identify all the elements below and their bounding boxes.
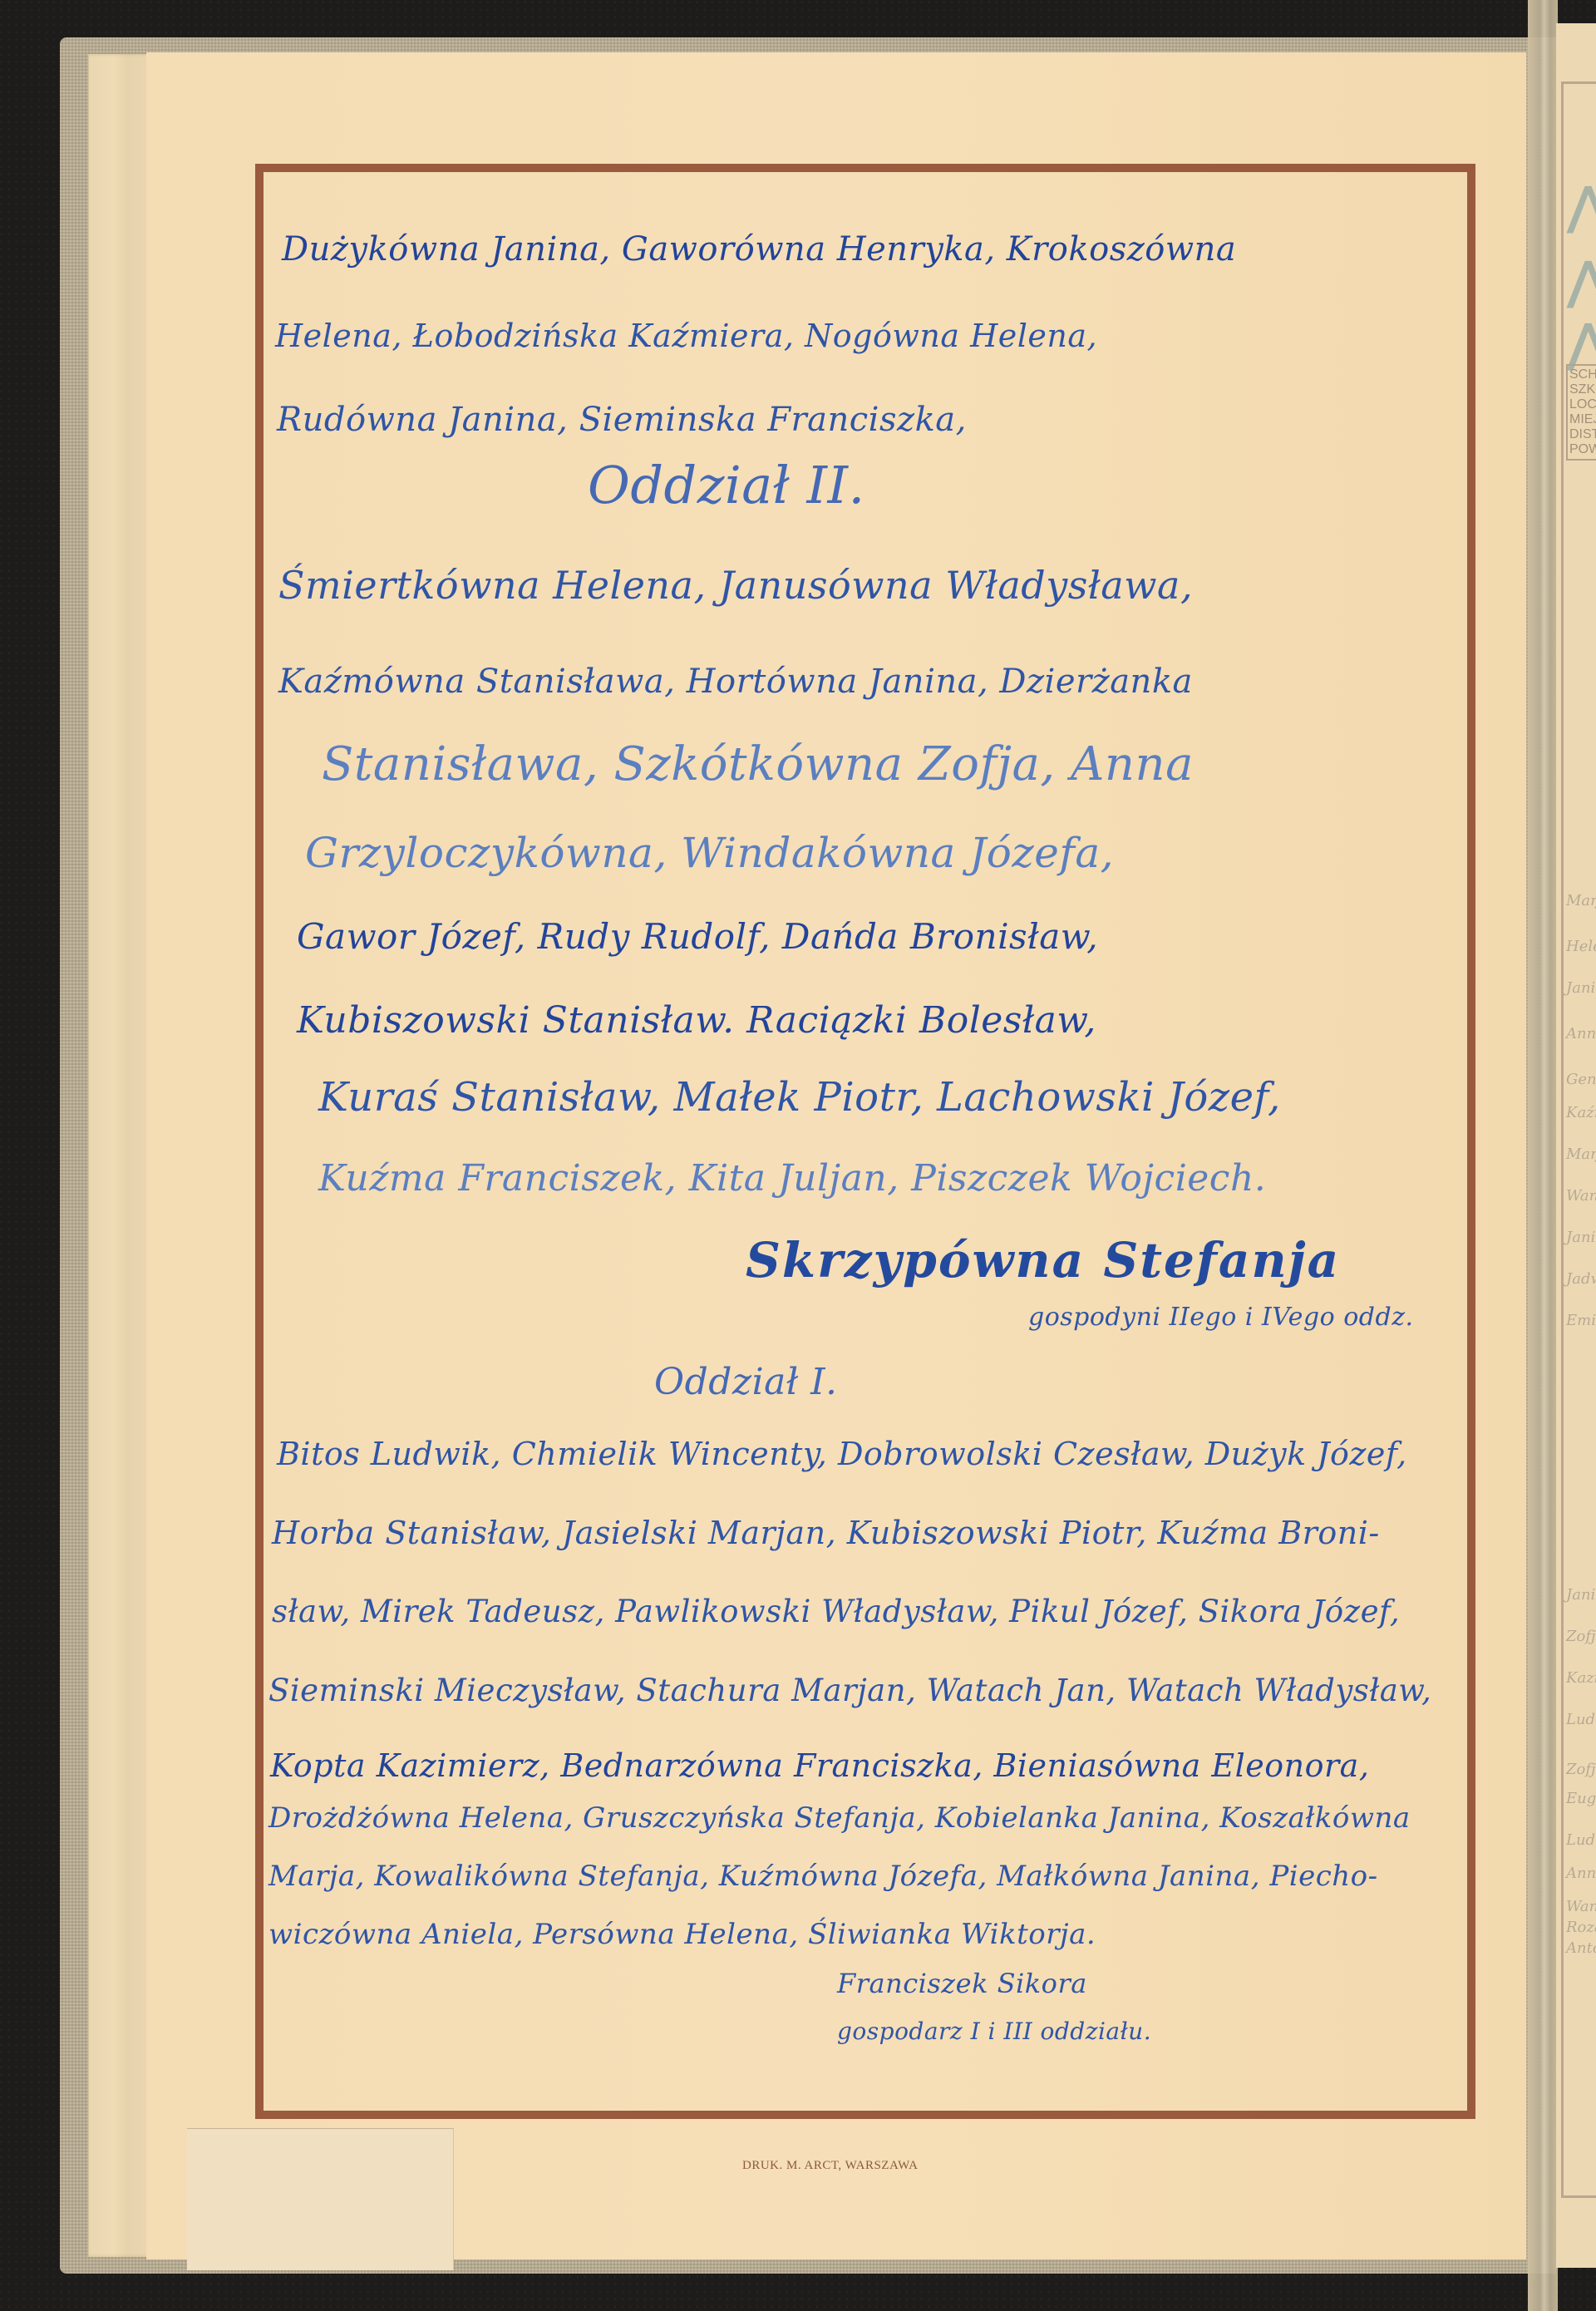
section-ii-heading: Oddział II. bbox=[588, 455, 865, 515]
text-line-1: Dużykówna Janina, Gaworówna Henryka, Kro… bbox=[282, 230, 1236, 269]
faint-name: Janina bbox=[1566, 1229, 1596, 1246]
section-i-line: wiczówna Aniela, Persówna Helena, Śliwia… bbox=[268, 1918, 1096, 1951]
faint-name: Anna bbox=[1566, 1025, 1596, 1042]
page-stack-edges bbox=[88, 54, 152, 2257]
text-line-2: Helena, Łobodzińska Kaźmiera, Nogówna He… bbox=[275, 318, 1097, 354]
faint-name: Ludmiła bbox=[1566, 1831, 1596, 1849]
decorative-border-frame: Dużykówna Janina, Gaworówna Henryka, Kro… bbox=[255, 164, 1475, 2119]
faint-name: Wanda bbox=[1566, 1898, 1596, 1915]
faint-name: Marja bbox=[1566, 1146, 1596, 1163]
faint-name: Helena bbox=[1566, 938, 1596, 955]
faint-name: Eugenja bbox=[1566, 1790, 1596, 1807]
label-text: LOCAL bbox=[1569, 397, 1596, 412]
section-ii-line: Śmiertkówna Helena, Janusówna Władysława… bbox=[278, 563, 1193, 608]
printer-imprint: DRUK. M. ARCT, WARSZAWA bbox=[742, 2159, 918, 2173]
paper-label-patch bbox=[187, 2128, 454, 2270]
adjacent-page-labels: SCHOOL SZKOŁA LOCAL MIEJSC DISTR POWIA bbox=[1566, 364, 1596, 461]
label-text: MIEJSC bbox=[1569, 412, 1596, 427]
faint-name: Genowefa bbox=[1566, 1071, 1596, 1088]
section-i-line: Drożdżówna Helena, Gruszczyńska Stefanja… bbox=[268, 1801, 1411, 1835]
section-i-line: Bitos Ludwik, Chmielik Wincenty, Dobrowo… bbox=[277, 1436, 1407, 1472]
faint-name: Marja bbox=[1566, 892, 1596, 909]
section-ii-line: Grzyloczykówna, Windakówna Józefa, bbox=[305, 829, 1114, 877]
section-i-heading: Oddział I. bbox=[654, 1361, 838, 1403]
section-ii-line: Stanisława, Szkótkówna Zofja, Anna bbox=[322, 737, 1194, 791]
faint-name: Anna bbox=[1566, 1865, 1596, 1882]
section-ii-signature-name: Skrzypówna Stefanja bbox=[746, 1232, 1340, 1289]
section-i-line: Sieminski Mieczysław, Stachura Marjan, W… bbox=[268, 1673, 1431, 1708]
handwritten-list: Dużykówna Janina, Gaworówna Henryka, Kro… bbox=[264, 172, 1467, 2111]
section-i-line: sław, Mirek Tadeusz, Pawlikowski Władysł… bbox=[272, 1594, 1400, 1629]
faint-name: Antonina bbox=[1566, 1939, 1596, 1957]
adjacent-page-edge: ⋀ ⋀ ⋀ SCHOOL SZKOŁA LOCAL MIEJSC DISTR P… bbox=[1556, 23, 1596, 2268]
decorative-ornament-icon: ⋀ bbox=[1568, 256, 1596, 306]
label-text: SZKOŁA bbox=[1569, 382, 1596, 397]
faint-name: Kaźmira bbox=[1566, 1104, 1596, 1121]
book-gutter bbox=[1528, 0, 1558, 2311]
label-text: POWIA bbox=[1569, 442, 1596, 457]
faint-name: Emilja bbox=[1566, 1312, 1596, 1329]
label-text: SCHOOL bbox=[1569, 367, 1596, 382]
section-ii-line: Gawor Józef, Rudy Rudolf, Dańda Bronisła… bbox=[297, 916, 1098, 957]
decorative-ornament-icon: ⋀ bbox=[1568, 181, 1596, 231]
section-i-line: Marja, Kowalikówna Stefanja, Kuźmówna Jó… bbox=[268, 1860, 1378, 1893]
decorative-ornament-icon: ⋀ bbox=[1568, 318, 1596, 368]
faint-name: Jadwiga bbox=[1566, 1270, 1596, 1288]
section-ii-signature-role: gospodyni IIego i IVego oddz. bbox=[1028, 1303, 1414, 1332]
faint-name: Kazimiera bbox=[1566, 1669, 1596, 1687]
text-line-3: Rudówna Janina, Sieminska Franciszka, bbox=[277, 401, 967, 439]
section-i-signature-role: gospodarz I i III oddziału. bbox=[837, 2018, 1151, 2045]
faint-name: Zofja bbox=[1566, 1761, 1596, 1778]
section-i-line: Horba Stanisław, Jasielski Marjan, Kubis… bbox=[272, 1515, 1380, 1551]
faint-name: Zofja bbox=[1566, 1628, 1596, 1645]
label-text: DISTR bbox=[1569, 427, 1596, 442]
faint-name: Janina bbox=[1566, 1586, 1596, 1604]
section-ii-line: Kuźma Franciszek, Kita Juljan, Piszczek … bbox=[318, 1157, 1266, 1200]
faint-name: Rozalja bbox=[1566, 1919, 1596, 1936]
section-ii-line: Kuraś Stanisław, Małek Piotr, Lachowski … bbox=[318, 1074, 1281, 1121]
section-ii-line: Kubiszowski Stanisław. Raciązki Bolesław… bbox=[297, 999, 1096, 1042]
section-i-line: Kopta Kazimierz, Bednarzówna Franciszka,… bbox=[270, 1747, 1369, 1784]
faint-name: Wanda bbox=[1566, 1187, 1596, 1205]
faint-name: Ludwika bbox=[1566, 1711, 1596, 1728]
section-i-signature-name: Franciszek Sikora bbox=[837, 1968, 1087, 1999]
section-ii-line: Kaźmówna Stanisława, Hortówna Janina, Dz… bbox=[278, 663, 1193, 701]
faint-name: Janina bbox=[1566, 979, 1596, 997]
